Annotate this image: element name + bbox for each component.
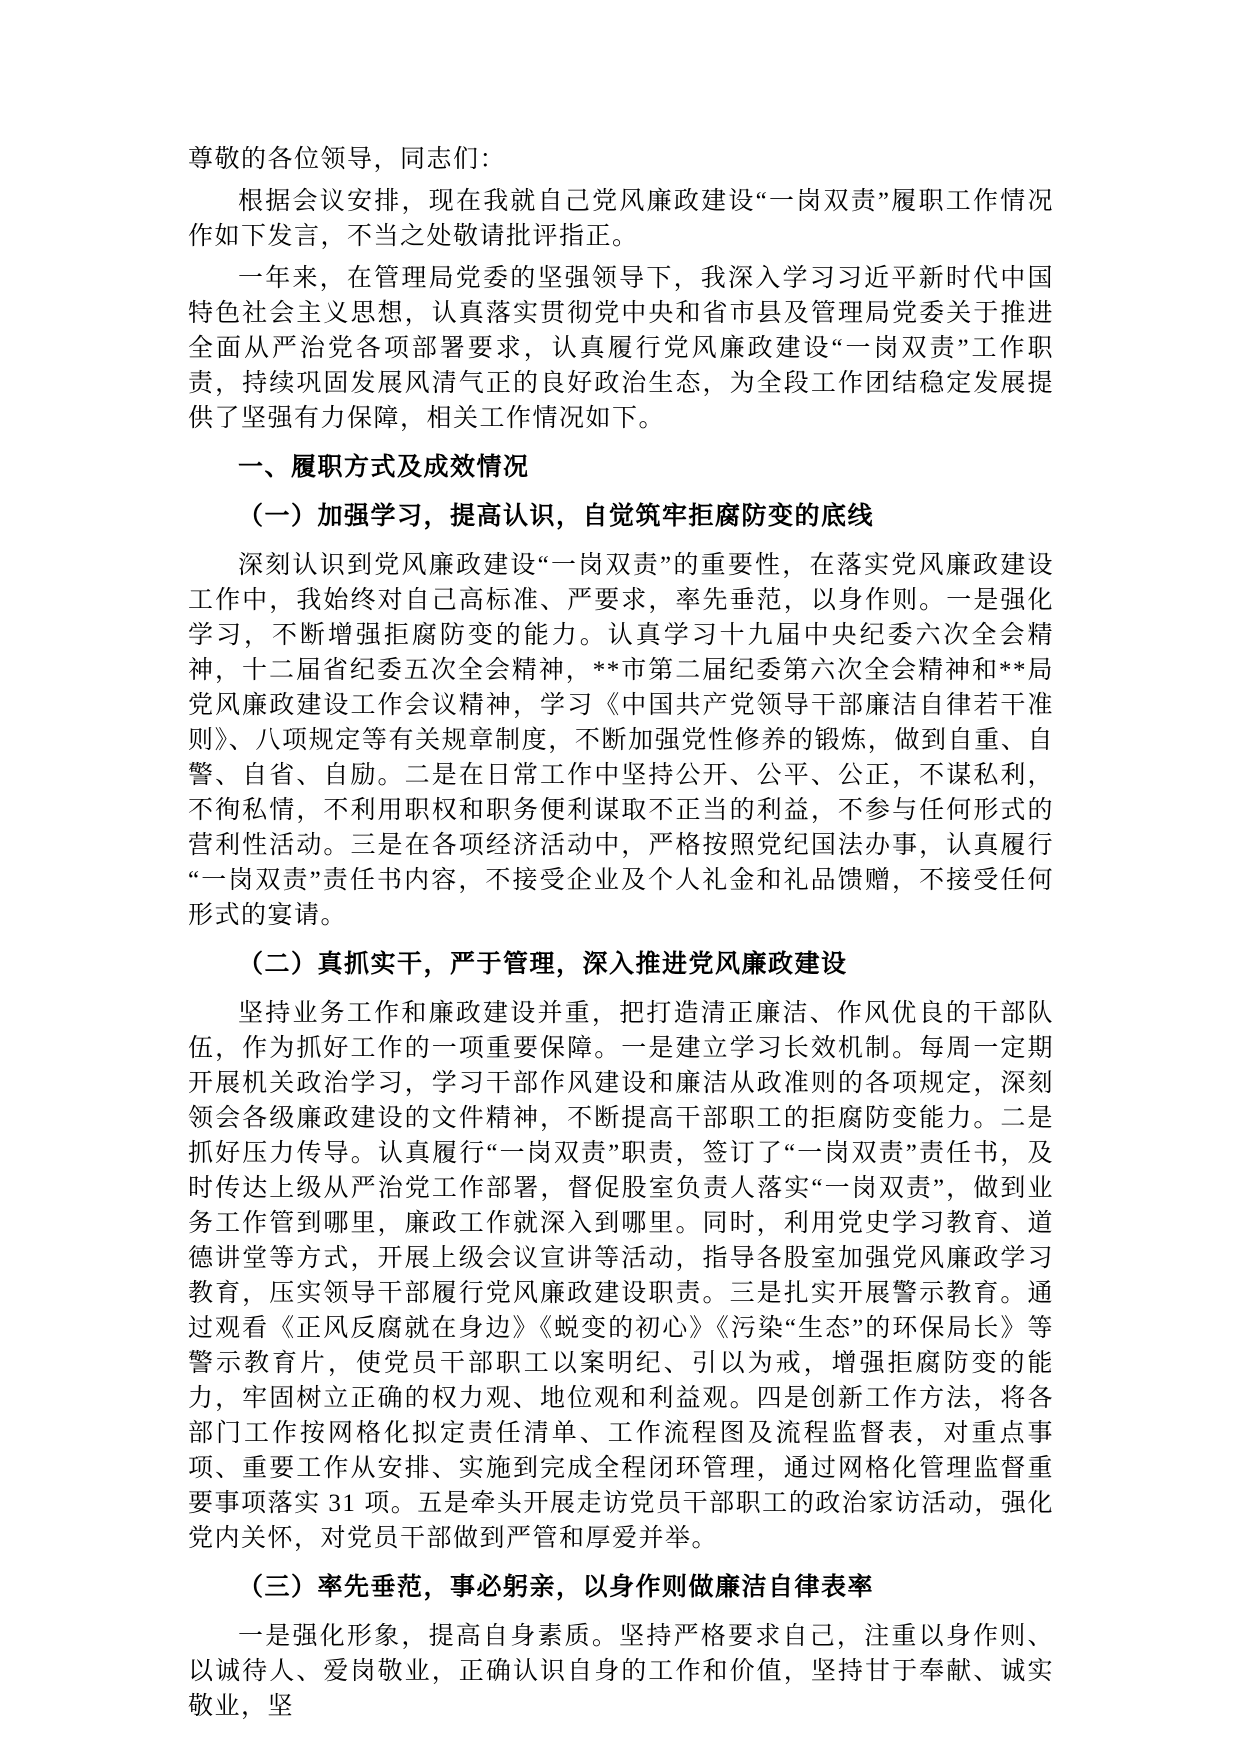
document-body: 尊敬的各位领导，同志们： 根据会议安排，现在我就自己党风廉政建设“一岗双责”履职… bbox=[188, 142, 1054, 1731]
intro-paragraph-1: 根据会议安排，现在我就自己党风廉政建设“一岗双责”履职工作情况作如下发言，不当之… bbox=[188, 184, 1054, 254]
subsection-heading-1-2: （二）真抓实干，严于管理，深入推进党风廉政建设 bbox=[188, 947, 1054, 982]
subsection-1-1-paragraph: 深刻认识到党风廉政建设“一岗双责”的重要性，在落实党风廉政建设工作中，我始终对自… bbox=[188, 548, 1054, 933]
subsection-heading-1-3: （三）率先垂范，事必躬亲，以身作则做廉洁自律表率 bbox=[188, 1570, 1054, 1605]
subsection-1-2-paragraph: 坚持业务工作和廉政建设并重，把打造清正廉洁、作风优良的干部队伍，作为抓好工作的一… bbox=[188, 996, 1054, 1556]
section-heading-1: 一、履职方式及成效情况 bbox=[188, 450, 1054, 485]
salutation: 尊敬的各位领导，同志们： bbox=[188, 142, 1054, 177]
subsection-1-3-paragraph: 一是强化形象，提高自身素质。坚持严格要求自己，注重以身作则、以诚待人、爱岗敬业，… bbox=[188, 1619, 1054, 1724]
document-page: 尊敬的各位领导，同志们： 根据会议安排，现在我就自己党风廉政建设“一岗双责”履职… bbox=[0, 0, 1240, 1754]
intro-paragraph-2: 一年来，在管理局党委的坚强领导下，我深入学习习近平新时代中国特色社会主义思想，认… bbox=[188, 261, 1054, 436]
subsection-heading-1-1: （一）加强学习，提高认识，自觉筑牢拒腐防变的底线 bbox=[188, 499, 1054, 534]
